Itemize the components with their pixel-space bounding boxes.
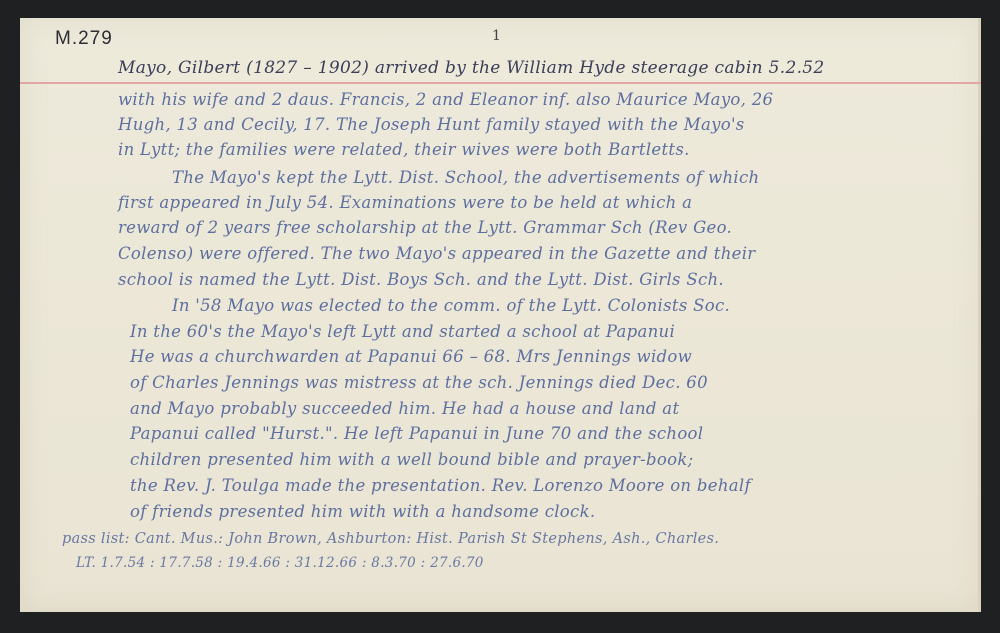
header-line: Mayo, Gilbert (1827 – 1902) arrived by t…: [118, 58, 825, 78]
body-line: children presented him with a well bound…: [130, 450, 694, 469]
body-line: and Mayo probably succeeded him. He had …: [130, 399, 679, 418]
body-line: with his wife and 2 daus. Francis, 2 and…: [118, 90, 773, 109]
body-line: of friends presented him with with a han…: [130, 502, 595, 521]
body-line: first appeared in July 54. Examinations …: [118, 193, 692, 212]
body-line: school is named the Lytt. Dist. Boys Sch…: [118, 270, 724, 289]
body-line: in Lytt; the families were related, thei…: [118, 140, 690, 159]
body-line: Papanui called "Hurst.". He left Papanui…: [130, 424, 703, 443]
index-card: M.279 1 Mayo, Gilbert (1827 – 1902) arri…: [20, 18, 981, 612]
body-line: the Rev. J. Toulga made the presentation…: [130, 476, 751, 495]
dates-line: LT. 1.7.54 : 17.7.58 : 19.4.66 : 31.12.6…: [76, 555, 484, 571]
card-text: Mayo, Gilbert (1827 – 1902) arrived by t…: [20, 18, 981, 612]
body-line: Colenso) were offered. The two Mayo's ap…: [118, 244, 755, 263]
body-line: In the 60's the Mayo's left Lytt and sta…: [130, 322, 675, 341]
body-line: of Charles Jennings was mistress at the …: [130, 373, 708, 392]
body-line: In '58 Mayo was elected to the comm. of …: [172, 296, 730, 315]
body-line: reward of 2 years free scholarship at th…: [118, 218, 732, 237]
sources-line: pass list: Cant. Mus.: John Brown, Ashbu…: [62, 531, 719, 547]
body-line: The Mayo's kept the Lytt. Dist. School, …: [172, 168, 759, 187]
body-line: He was a churchwarden at Papanui 66 – 68…: [130, 347, 692, 366]
body-line: Hugh, 13 and Cecily, 17. The Joseph Hunt…: [118, 115, 745, 134]
